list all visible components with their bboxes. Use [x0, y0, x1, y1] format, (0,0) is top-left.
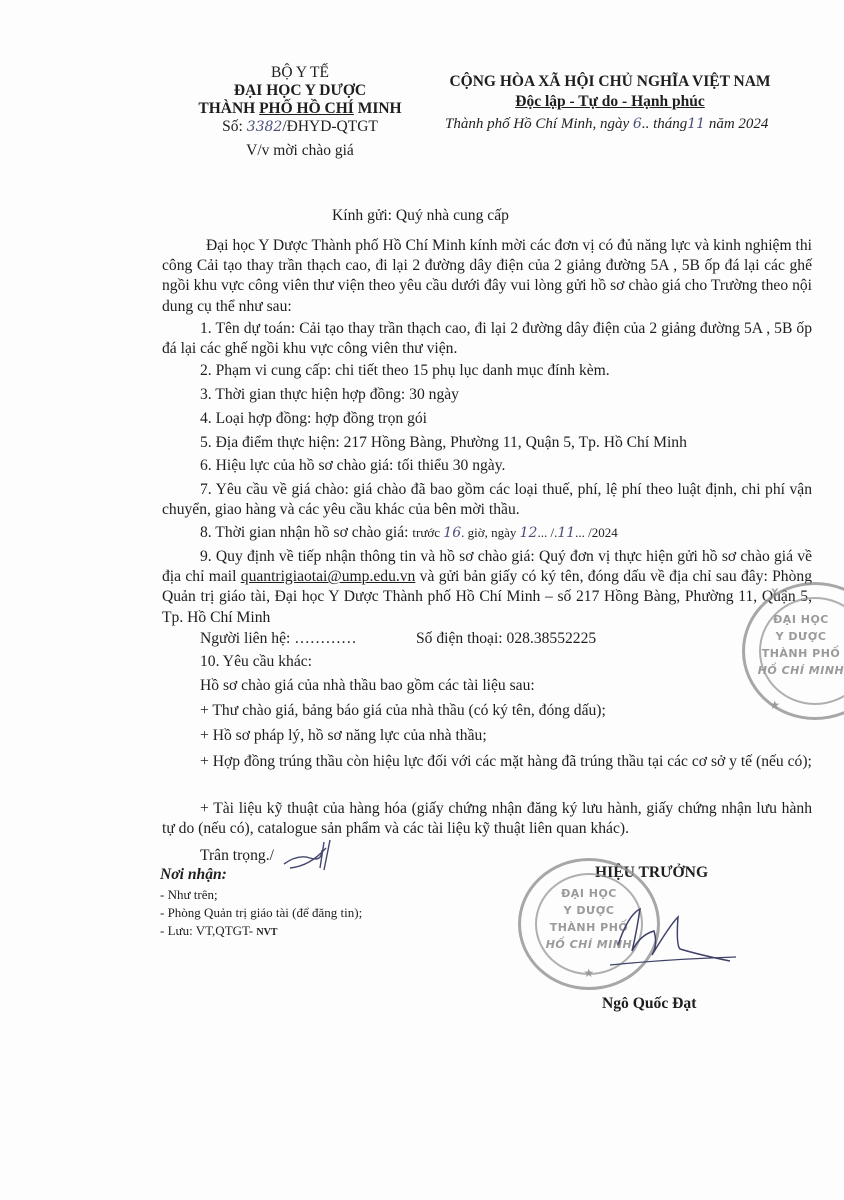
edge-stamp-top: Y: [745, 585, 805, 602]
date-mid: .. tháng: [642, 116, 687, 132]
doc-requirement-3: + Hợp đồng trúng thầu còn hiệu lực đối v…: [162, 752, 812, 772]
item-4: 4. Loại hợp đồng: hợp đồng trọn gói: [200, 410, 427, 428]
item-8: 8. Thời gian nhận hồ sơ chào giá: trước …: [200, 524, 618, 542]
item-6: 6. Hiệu lực của hồ sơ chào giá: tối thiể…: [200, 457, 505, 475]
doc-requirement-2: + Hồ sơ pháp lý, hồ sơ năng lực của nhà …: [200, 727, 487, 745]
item-10-intro: Hồ sơ chào giá của nhà thầu bao gồm các …: [200, 677, 535, 695]
date-month-handwritten: 11: [687, 116, 705, 132]
document-number: Số: 3382/ĐHYD-QTGT: [180, 118, 420, 136]
doc-requirement-4: + Tài liệu kỹ thuật của hàng hóa (giấy c…: [162, 799, 812, 839]
item-8-hour-handwritten: 16: [443, 525, 461, 541]
item-8-suffix: ... /2024: [575, 525, 618, 540]
university-name-line1: ĐẠI HỌC Y DƯỢC: [180, 82, 420, 100]
item-8-before: trước: [412, 525, 443, 540]
phone-number: Số điện thoại: 028.38552225: [416, 630, 596, 648]
edge-stamp-star-icon: ★: [745, 697, 805, 714]
item-9: 9. Quy định về tiếp nhận thông tin và hồ…: [162, 547, 812, 628]
city-post: MINH: [354, 100, 402, 117]
city-underlined: PHỐ HỒ CHÍ: [259, 100, 354, 117]
national-header: CỘNG HÒA XÃ HỘI CHỦ NGHĨA VIỆT NAM Độc l…: [440, 72, 780, 112]
item-7: 7. Yêu cầu về giá chào: giá chào đã bao …: [162, 480, 812, 520]
subject-line: V/v mời chào giá: [180, 142, 420, 160]
item-8-label: 8. Thời gian nhận hồ sơ chào giá:: [200, 524, 412, 541]
item-8-day-handwritten: 12: [520, 525, 538, 541]
motto-text: Độc lập - Tự do - Hạnh phúc: [515, 93, 704, 110]
doc-no-suffix: /ĐHYD-QTGT: [282, 118, 378, 135]
stamp-line1: ĐẠI HỌC: [521, 885, 657, 902]
closing: Trân trọng./: [200, 847, 274, 865]
archive-initials: NVT: [256, 927, 277, 938]
nation-name: CỘNG HÒA XÃ HỘI CHỦ NGHĨA VIỆT NAM: [440, 72, 780, 92]
item-2: 2. Phạm vi cung cấp: chi tiết theo 15 ph…: [200, 362, 610, 380]
item-8-mid: . giờ, ngày: [461, 525, 520, 540]
salutation: Kính gửi: Quý nhà cung cấp: [332, 207, 509, 225]
edge-stamp-line2: Y DƯỢC: [745, 628, 844, 645]
item-8-sep: ... /.: [537, 525, 557, 540]
edge-stamp-line4: HỒ CHÍ MINH: [745, 662, 844, 679]
edge-stamp-line1: ĐẠI HỌC: [745, 611, 844, 628]
doc-no-handwritten: 3382: [247, 119, 283, 135]
ministry-name: BỘ Y TẾ: [180, 64, 420, 82]
email-link[interactable]: quantrigiaotai@ump.edu.vn: [241, 568, 416, 585]
item-5: 5. Địa điểm thực hiện: 217 Hồng Bàng, Ph…: [200, 434, 687, 452]
recipients-title: Nơi nhận:: [160, 866, 227, 884]
date-prefix: Thành phố Hồ Chí Minh, ngày: [445, 116, 633, 132]
signer-name: Ngô Quốc Đạt: [602, 995, 696, 1013]
item-10: 10. Yêu cầu khác:: [200, 653, 312, 671]
university-name-line2: THÀNH PHỐ HỒ CHÍ MINH: [180, 100, 420, 118]
edge-stamp-line3: THÀNH PHỐ: [745, 645, 844, 662]
item-3: 3. Thời gian thực hiện hợp đồng: 30 ngày: [200, 386, 459, 404]
date-suffix: năm 2024: [705, 116, 768, 132]
item-1: 1. Tên dự toán: Cải tạo thay trần thạch …: [162, 319, 812, 359]
national-motto: Độc lập - Tự do - Hạnh phúc: [440, 92, 780, 112]
contact-person: Người liên hệ: …………: [200, 630, 357, 648]
recipient-1: - Như trên;: [160, 887, 218, 903]
doc-no-label: Số:: [222, 118, 247, 135]
item-8-month-handwritten: 11: [557, 525, 575, 541]
recipient-2: - Phòng Quản trị giáo tài (để đăng tin);: [160, 905, 362, 921]
initials-signature: [280, 838, 350, 872]
archive-label: - Lưu: VT,QTGT-: [160, 923, 256, 938]
city-pre: THÀNH: [198, 100, 259, 117]
issuer-block: BỘ Y TẾ ĐẠI HỌC Y DƯỢC THÀNH PHỐ HỒ CHÍ …: [180, 64, 420, 160]
recipient-archive: - Lưu: VT,QTGT- NVT: [160, 923, 277, 939]
doc-requirement-1: + Thư chào giá, bảng báo giá của nhà thầ…: [200, 702, 606, 720]
intro-paragraph: Đại học Y Dược Thành phố Hồ Chí Minh kín…: [162, 236, 812, 317]
date-day-handwritten: 6: [633, 116, 642, 132]
date-line: Thành phố Hồ Chí Minh, ngày 6.. tháng11 …: [445, 116, 768, 133]
principal-signature: [610, 905, 740, 975]
